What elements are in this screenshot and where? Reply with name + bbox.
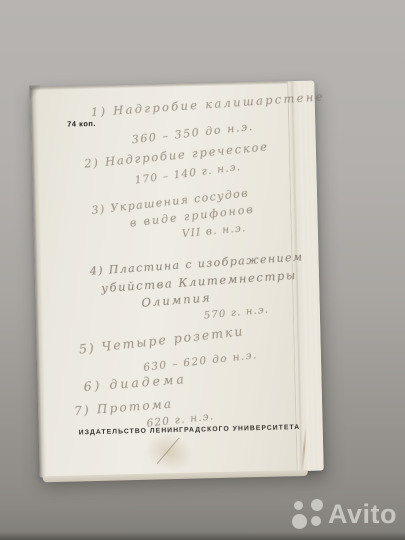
handwritten-note: Олимпия	[141, 292, 212, 309]
handwritten-note: VII в. н.э.	[181, 223, 246, 240]
handwritten-note: 2) Надгробие греческое	[84, 141, 269, 170]
book-spine-shadow	[30, 87, 47, 477]
corner-wear-mark	[29, 85, 40, 100]
handwritten-note: 7) Протома	[74, 398, 174, 418]
handwritten-note: 6) диадема	[83, 373, 187, 393]
handwritten-note: 570 г. н.э.	[204, 305, 270, 321]
photo-bottom-shadow	[0, 532, 405, 540]
handwritten-note: 5) Четыре розетки	[78, 325, 245, 356]
handwritten-note: 170 – 140 г. н.э.	[134, 162, 242, 186]
price-stamp: 74 коп.	[67, 120, 96, 128]
avito-watermark: Avito	[292, 499, 397, 529]
book-back-cover: 74 коп. 1) Надгробие калишарстене 360 – …	[30, 81, 323, 478]
publisher-imprint: ИЗДАТЕЛЬСТВО ЛЕНИНГРАДСКОГО УНИВЕРСИТЕТА	[79, 425, 301, 437]
handwritten-note: 630 – 620 до н.э.	[143, 350, 258, 373]
avito-logo-icon	[292, 499, 323, 529]
avito-watermark-label: Avito	[328, 501, 397, 528]
photo-background: 74 коп. 1) Надгробие калишарстене 360 – …	[0, 0, 405, 540]
